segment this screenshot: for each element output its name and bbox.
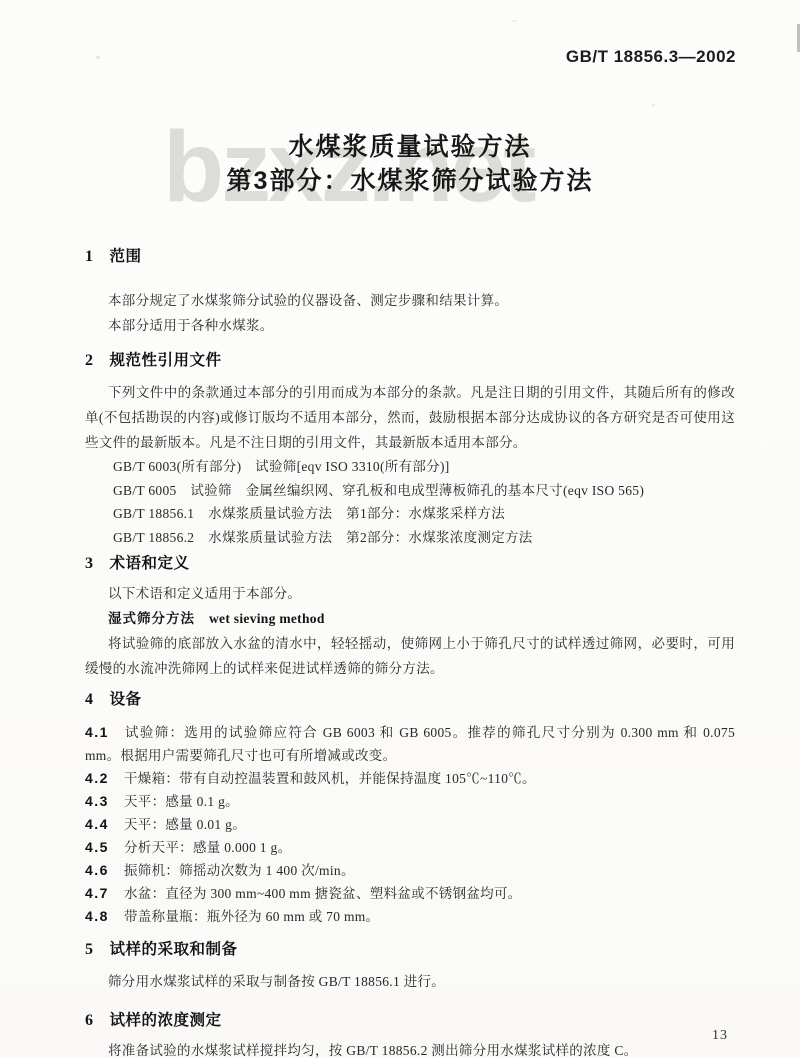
section-scope: 1范围 本部分规定了水煤浆筛分试验的仪器设备、测定步骤和结果计算。 本部分适用于… — [85, 244, 735, 338]
paragraph: 本部分规定了水煤浆筛分试验的仪器设备、测定步骤和结果计算。 — [85, 288, 735, 313]
term-line: 湿式筛分方法wet sieving method — [85, 606, 735, 631]
section-heading: 1范围 — [85, 244, 735, 266]
paragraph: 本部分适用于各种水煤浆。 — [85, 313, 735, 338]
clause-item: 4.4天平：感量 0.01 g。 — [85, 813, 735, 836]
clause-number: 4.4 — [85, 816, 109, 832]
section-title: 试样的采取和制备 — [110, 941, 238, 958]
reference-item: GB/T 6005 试验筛 金属丝编织网、穿孔板和电成型薄板筛孔的基本尺寸(eq… — [113, 479, 735, 503]
section-number: 4 — [85, 691, 94, 709]
page-content: 水煤浆质量试验方法 第3部分：水煤浆筛分试验方法 1范围 本部分规定了水煤浆筛分… — [0, 0, 800, 1058]
clause-number: 4.1 — [85, 724, 109, 740]
section-concentration-determination: 6试样的浓度测定 将准备试验的水煤浆试样搅拌均匀，按 GB/T 18856.2 … — [85, 1008, 735, 1058]
clause-text: 振筛机：筛摇动次数为 1 400 次/min。 — [124, 863, 355, 878]
clause-item: 4.6振筛机：筛摇动次数为 1 400 次/min。 — [85, 859, 735, 882]
section-number: 5 — [85, 941, 94, 959]
section-equipment: 4设备 4.1试验筛：选用的试验筛应符合 GB 6003 和 GB 6005。推… — [85, 687, 735, 928]
standard-code: GB/T 18856.3—2002 — [566, 47, 736, 67]
section-number: 3 — [85, 555, 94, 573]
section-title: 范围 — [110, 248, 142, 265]
title-line-1: 水煤浆质量试验方法 — [85, 130, 735, 164]
reference-item: GB/T 18856.2 水煤浆质量试验方法 第2部分：水煤浆浓度测定方法 — [113, 526, 735, 550]
paragraph: 下列文件中的条款通过本部分的引用而成为本部分的条款。凡是注日期的引用文件，其随后… — [85, 380, 735, 455]
clause-text: 天平：感量 0.01 g。 — [124, 817, 246, 832]
clause-item: 4.1试验筛：选用的试验筛应符合 GB 6003 和 GB 6005。推荐的筛孔… — [85, 721, 735, 767]
section-heading: 3术语和定义 — [85, 551, 735, 573]
paragraph: 将试验筛的底部放入水盆的清水中，轻轻摇动，使筛网上小于筛孔尺寸的试样透过筛网，必… — [85, 631, 735, 681]
section-normative-references: 2规范性引用文件 下列文件中的条款通过本部分的引用而成为本部分的条款。凡是注日期… — [85, 348, 735, 549]
clause-item: 4.7水盆：直径为 300 mm~400 mm 搪瓷盆、塑料盆或不锈钢盆均可。 — [85, 882, 735, 905]
clause-text: 干燥箱：带有自动控温装置和鼓风机，并能保持温度 105℃~110℃。 — [124, 771, 536, 786]
section-sampling-preparation: 5试样的采取和制备 筛分用水煤浆试样的采取与制备按 GB/T 18856.1 进… — [85, 937, 735, 994]
section-title: 术语和定义 — [110, 555, 190, 572]
reference-list: GB/T 6003(所有部分) 试验筛[eqv ISO 3310(所有部分)] … — [85, 455, 735, 549]
paragraph: 筛分用水煤浆试样的采取与制备按 GB/T 18856.1 进行。 — [85, 969, 735, 994]
clause-item: 4.2干燥箱：带有自动控温装置和鼓风机，并能保持温度 105℃~110℃。 — [85, 767, 735, 790]
clause-item: 4.5分析天平：感量 0.000 1 g。 — [85, 836, 735, 859]
term-english: wet sieving method — [209, 611, 325, 626]
reference-item: GB/T 18856.1 水煤浆质量试验方法 第1部分：水煤浆采样方法 — [113, 502, 735, 526]
section-heading: 6试样的浓度测定 — [85, 1008, 735, 1030]
clause-number: 4.5 — [85, 839, 109, 855]
section-number: 6 — [85, 1012, 94, 1030]
clause-text: 试验筛：选用的试验筛应符合 GB 6003 和 GB 6005。推荐的筛孔尺寸分… — [85, 725, 735, 763]
reference-item: GB/T 6003(所有部分) 试验筛[eqv ISO 3310(所有部分)] — [113, 455, 735, 479]
clause-item: 4.3天平：感量 0.1 g。 — [85, 790, 735, 813]
clause-number: 4.8 — [85, 908, 109, 924]
document-page: bzxz.net GB/T 18856.3—2002 水煤浆质量试验方法 第3部… — [0, 0, 800, 1058]
clause-text: 天平：感量 0.1 g。 — [124, 794, 239, 809]
section-terms-definitions: 3术语和定义 以下术语和定义适用于本部分。 湿式筛分方法wet sieving … — [85, 551, 735, 681]
paragraph: 将准备试验的水煤浆试样搅拌均匀，按 GB/T 18856.2 测出筛分用水煤浆试… — [85, 1038, 735, 1058]
clause-number: 4.2 — [85, 770, 109, 786]
section-number: 1 — [85, 248, 94, 266]
section-heading: 2规范性引用文件 — [85, 348, 735, 370]
clause-text: 分析天平：感量 0.000 1 g。 — [124, 840, 291, 855]
clause-text: 水盆：直径为 300 mm~400 mm 搪瓷盆、塑料盆或不锈钢盆均可。 — [124, 886, 522, 901]
section-title: 设备 — [110, 691, 142, 708]
clause-number: 4.7 — [85, 885, 109, 901]
section-number: 2 — [85, 352, 94, 370]
clause-number: 4.6 — [85, 862, 109, 878]
section-title: 试样的浓度测定 — [110, 1012, 222, 1029]
section-heading: 4设备 — [85, 687, 735, 709]
clause-number: 4.3 — [85, 793, 109, 809]
paragraph: 以下术语和定义适用于本部分。 — [85, 581, 735, 606]
section-title: 规范性引用文件 — [110, 352, 222, 369]
clause-item: 4.8带盖称量瓶：瓶外径为 60 mm 或 70 mm。 — [85, 905, 735, 928]
document-title: 水煤浆质量试验方法 第3部分：水煤浆筛分试验方法 — [85, 0, 735, 198]
clause-text: 带盖称量瓶：瓶外径为 60 mm 或 70 mm。 — [124, 909, 379, 924]
term-chinese: 湿式筛分方法 — [108, 611, 195, 626]
section-heading: 5试样的采取和制备 — [85, 937, 735, 959]
title-line-2: 第3部分：水煤浆筛分试验方法 — [85, 164, 735, 198]
